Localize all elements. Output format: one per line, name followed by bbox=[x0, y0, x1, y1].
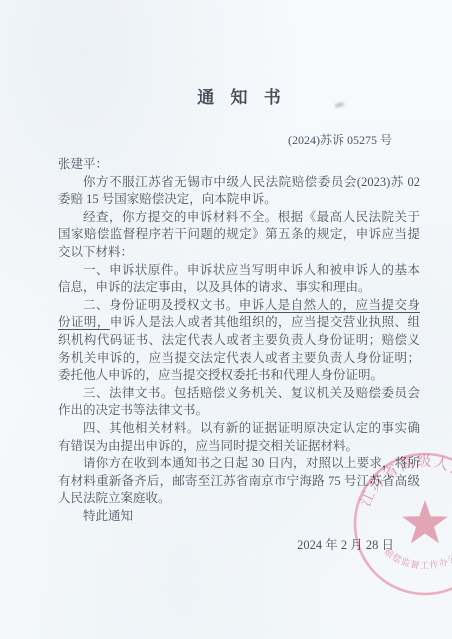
salutation: 张建平： bbox=[58, 156, 420, 174]
document-title: 通 知 书 bbox=[58, 88, 420, 108]
paragraph-mailing-instructions: 请你方在收到本通知书之日起 30 日内，对照以上要求，将所有材料重新备齐后，邮寄… bbox=[58, 455, 420, 508]
paragraph-item-1-petition: 一、申诉状原件。申诉状应当写明申诉人和被申诉人的基本信息，申诉的法定事由，以及具… bbox=[58, 262, 420, 297]
document-number: (2024)苏诉 05275 号 bbox=[58, 132, 420, 148]
paragraph-item-4-other-materials: 四、其他相关材料。以有新的证据证明原决定认定的事实确有错误为由提出申诉的，应当同… bbox=[58, 420, 420, 455]
paragraph-appeal-background: 你方不服江苏省无锡市中级人民法院赔偿委员会(2023)苏 02 委赔 15 号国… bbox=[58, 174, 420, 209]
notice-document-page: 通 知 书 (2024)苏诉 05275 号 张建平： 你方不服江苏省无锡市中级… bbox=[0, 0, 452, 639]
item-2-prefix: 二、身份证明及授权文书。 bbox=[83, 298, 239, 312]
issue-date: 2024 年 2 月 28 日 bbox=[58, 537, 420, 555]
item-2-rest: 申诉人是法人或者其他组织的，应当提交营业执照、组织机构代码证书、法定代表人或者主… bbox=[58, 315, 420, 382]
paragraph-materials-incomplete: 经查，你方提交的申诉材料不全。根据《最高人民法院关于国家赔偿监督程序若干问题的规… bbox=[58, 209, 420, 262]
paragraph-item-3-legal-documents: 三、法律文书。包括赔偿义务机关、复议机关及赔偿委员会作出的决定书等法律文书。 bbox=[58, 385, 420, 420]
closing-statement: 特此通知 bbox=[58, 508, 420, 526]
paragraph-item-2-identity: 二、身份证明及授权文书。申诉人是自然人的，应当提交身份证明，申诉人是法人或者其他… bbox=[58, 297, 420, 385]
document-body: 通 知 书 (2024)苏诉 05275 号 张建平： 你方不服江苏省无锡市中级… bbox=[58, 88, 420, 555]
